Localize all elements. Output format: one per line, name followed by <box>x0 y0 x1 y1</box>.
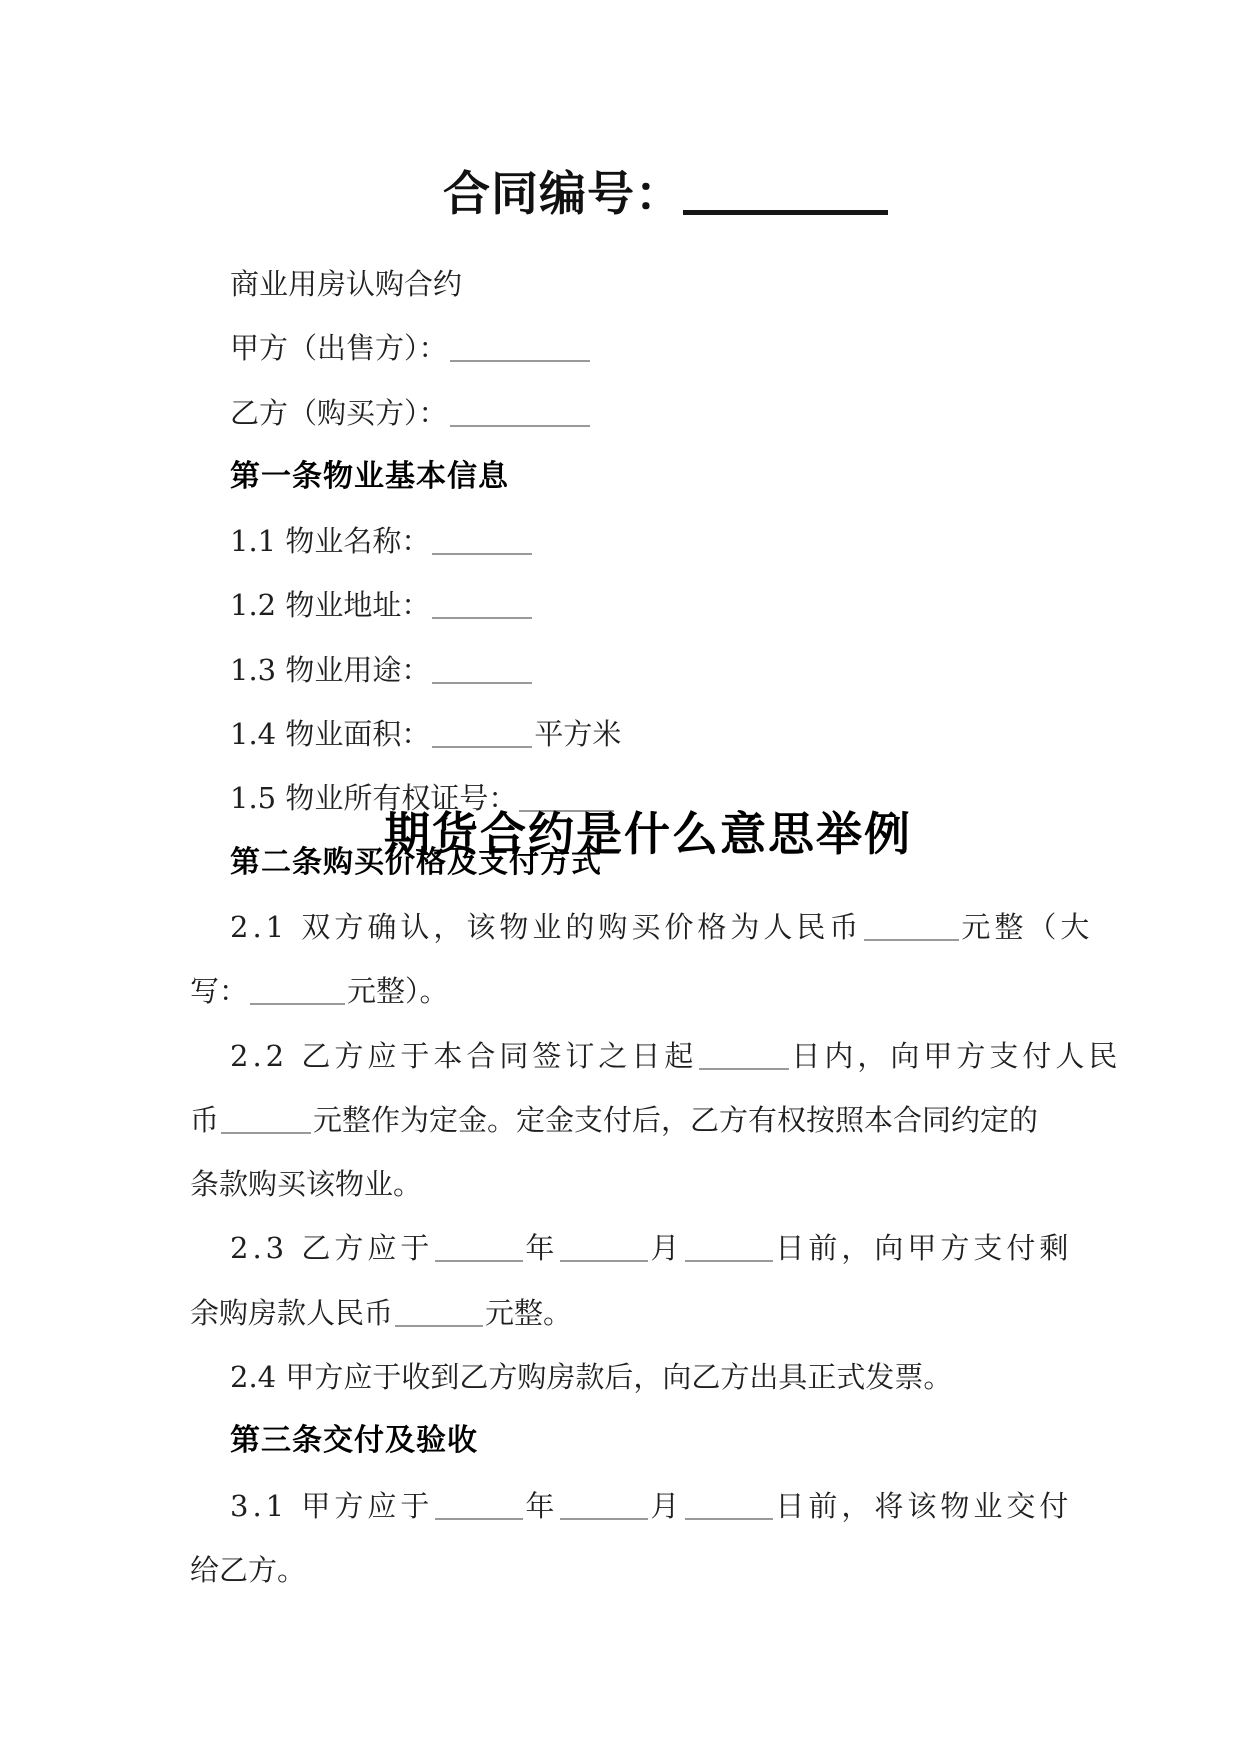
line-text: 第三条交付及验收 <box>230 1423 478 1458</box>
line-text: 月 <box>650 1231 683 1265</box>
line-text: 甲方（出售方）： <box>230 331 448 365</box>
line-text: 商业用房认购合约 <box>230 267 462 301</box>
contract-body: 商业用房认购合约甲方（出售方）：乙方（购买方）：第一条物业基本信息1.1 物业名… <box>190 252 1052 1602</box>
line-text: 币 <box>190 1103 219 1137</box>
blank-field <box>250 971 345 1005</box>
line-text: 元整（大 <box>961 910 1093 944</box>
line-text: 条款购买该物业。 <box>190 1167 422 1201</box>
clause-1-1: 1.1 物业名称： <box>190 509 1052 573</box>
blank-field <box>685 1228 773 1262</box>
clause-3-1-line-1: 3.1 甲方应于年月日前，将该物业交付 <box>190 1474 1052 1538</box>
line-text: 元整作为定金。定金支付后，乙方有权按照本合同约定的 <box>313 1103 1038 1137</box>
clause-2-1-line-2: 写：元整）。 <box>190 959 1052 1023</box>
blank-field <box>450 328 590 362</box>
clause-2-4: 2.4 甲方应于收到乙方购房款后，向乙方出具正式发票。 <box>190 1345 1052 1409</box>
line-text: 年 <box>525 1231 558 1265</box>
line-text: 1.4 物业面积： <box>230 717 430 751</box>
line-text: 2.1 双方确认，该物业的购买价格为人民币 <box>230 910 862 944</box>
blank-field <box>221 1100 311 1134</box>
blank-field <box>864 907 959 941</box>
line-text: 余购房款人民币 <box>190 1296 393 1330</box>
article-1-heading: 第一条物业基本信息 <box>190 445 1052 509</box>
blank-field <box>435 1486 523 1520</box>
clause-2-2-line-2: 币元整作为定金。定金支付后，乙方有权按照本合同约定的 <box>190 1088 1052 1152</box>
line-text: 日内，向甲方支付人民 <box>791 1039 1121 1073</box>
line-text: 给乙方。 <box>190 1553 306 1587</box>
blank-field <box>699 1036 789 1070</box>
blank-field <box>685 1486 773 1520</box>
blank-field <box>560 1228 648 1262</box>
blank-field <box>435 1228 523 1262</box>
clause-2-2-line-1: 2.2 乙方应于本合同签订之日起日内，向甲方支付人民 <box>190 1024 1052 1088</box>
party-b-line: 乙方（购买方）： <box>190 381 1052 445</box>
line-text: 日前，将该物业交付 <box>775 1489 1072 1523</box>
clause-2-3-line-2: 余购房款人民币元整。 <box>190 1281 1052 1345</box>
blank-field <box>560 1486 648 1520</box>
clause-2-2-line-3: 条款购买该物业。 <box>190 1152 1052 1216</box>
clause-2-3-line-1: 2.3 乙方应于年月日前，向甲方支付剩 <box>190 1216 1052 1280</box>
line-text: 元整）。 <box>347 974 449 1008</box>
line-text: 3.1 甲方应于 <box>230 1489 433 1523</box>
contract-number-blank-field <box>683 170 888 215</box>
blank-field <box>450 393 590 427</box>
clause-1-4: 1.4 物业面积：平方米 <box>190 702 1052 766</box>
blank-field <box>432 714 532 748</box>
clause-2-1-line-1: 2.1 双方确认，该物业的购买价格为人民币元整（大 <box>190 895 1052 959</box>
line-text: 元整。 <box>485 1296 572 1330</box>
clause-1-3: 1.3 物业用途： <box>190 638 1052 702</box>
line-text: 平方米 <box>534 717 621 751</box>
document-page: 合同编号： 期货合约是什么意思举例 商业用房认购合约甲方（出售方）：乙方（购买方… <box>0 0 1240 1753</box>
blank-field <box>395 1293 483 1327</box>
contract-number-title: 合同编号： <box>443 166 888 224</box>
line-text: 年 <box>525 1489 558 1523</box>
line-text: 第一条物业基本信息 <box>230 459 509 494</box>
clause-3-1-line-2: 给乙方。 <box>190 1538 1052 1602</box>
line-text: 日前，向甲方支付剩 <box>775 1231 1072 1265</box>
blank-field <box>432 585 532 619</box>
contract-subtitle: 商业用房认购合约 <box>190 252 1052 316</box>
line-text: 月 <box>650 1489 683 1523</box>
line-text: 2.3 乙方应于 <box>230 1231 433 1265</box>
article-3-heading: 第三条交付及验收 <box>190 1409 1052 1473</box>
line-text: 写： <box>190 974 248 1008</box>
party-a-line: 甲方（出售方）： <box>190 316 1052 380</box>
clause-1-2: 1.2 物业地址： <box>190 573 1052 637</box>
blank-field <box>432 650 532 684</box>
line-text: 1.1 物业名称： <box>230 524 430 558</box>
line-text: 1.2 物业地址： <box>230 588 430 622</box>
contract-number-label: 合同编号： <box>443 167 683 222</box>
line-text: 1.3 物业用途： <box>230 653 430 687</box>
line-text: 2.2 乙方应于本合同签订之日起 <box>230 1039 697 1073</box>
line-text: 乙方（购买方）： <box>230 396 448 430</box>
line-text: 2.4 甲方应于收到乙方购房款后，向乙方出具正式发票。 <box>230 1360 952 1394</box>
watermark-text: 期货合约是什么意思举例 <box>384 808 912 860</box>
blank-field <box>432 521 532 555</box>
